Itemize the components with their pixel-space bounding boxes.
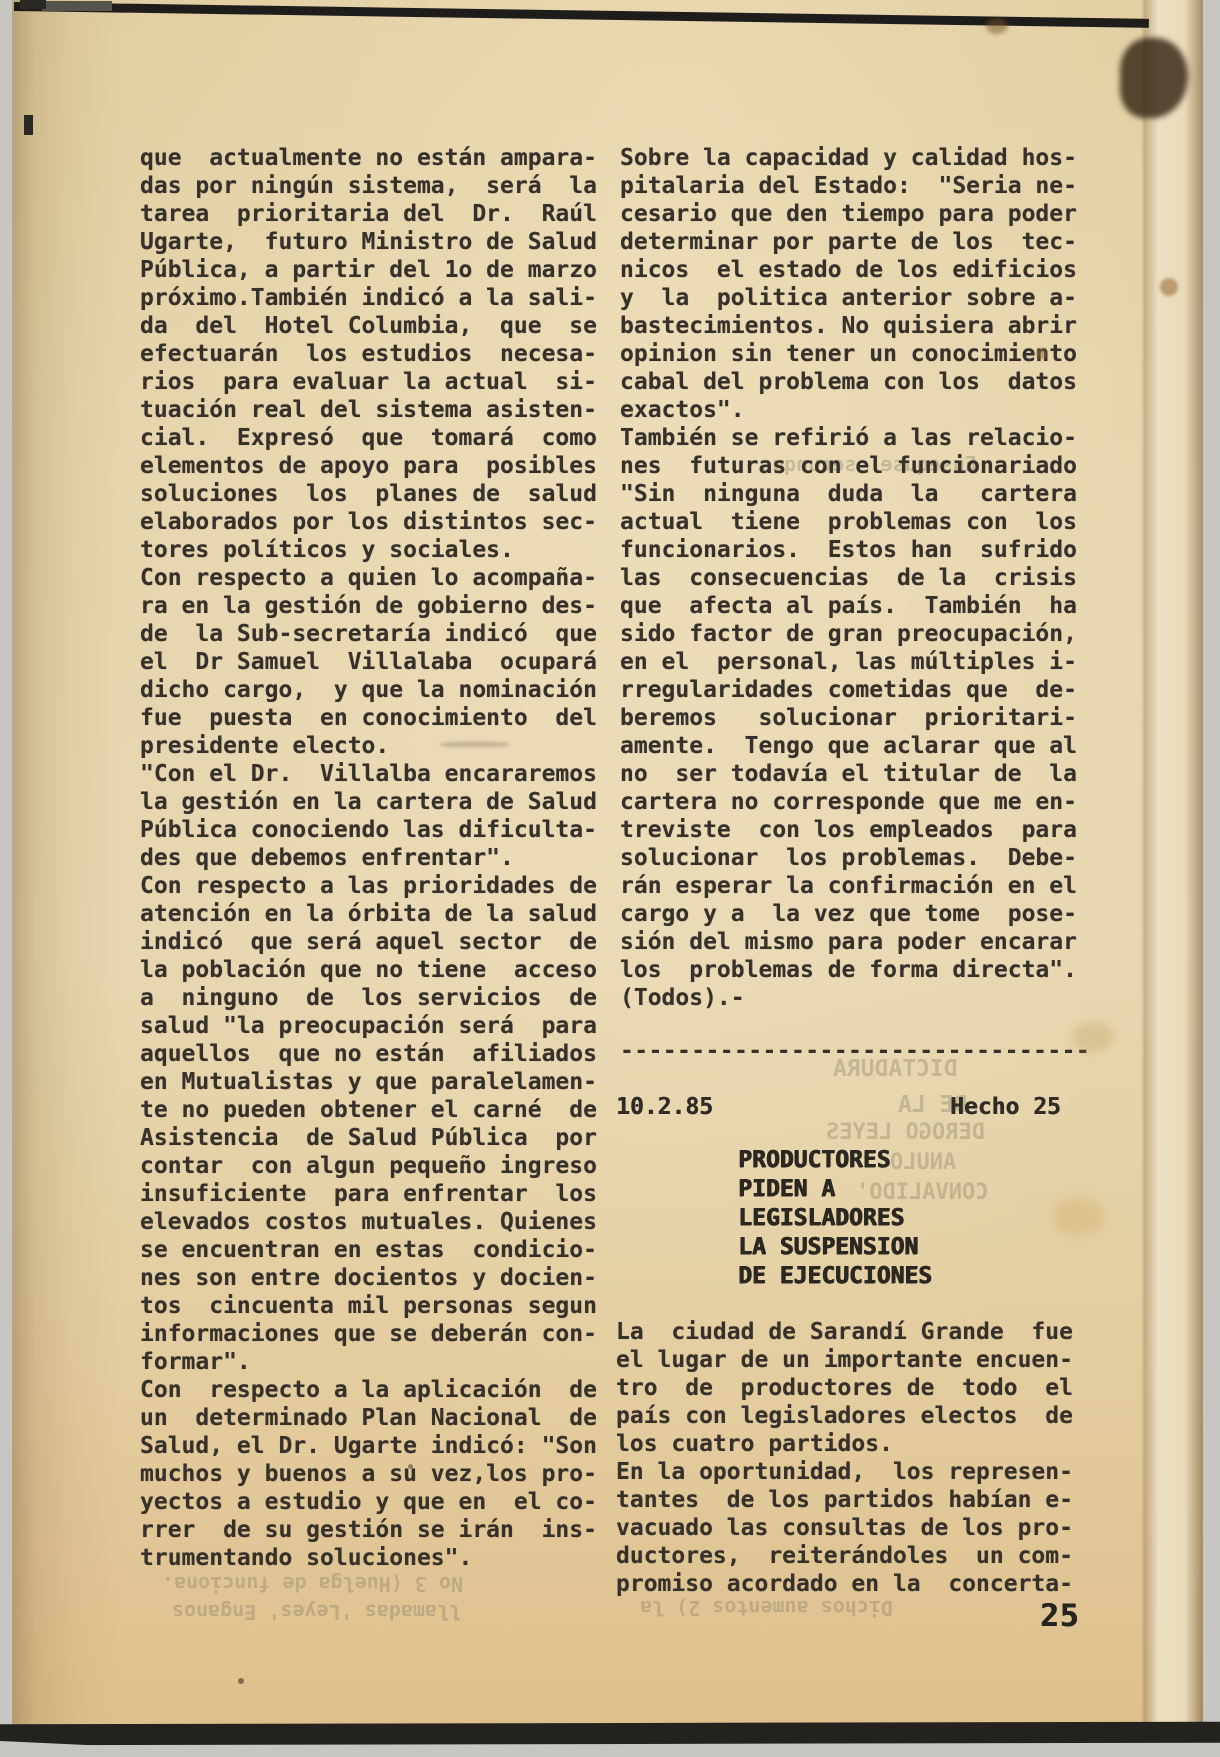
paper-stain [1072,1022,1114,1052]
scanned-newspaper-page: DICTADURADE LADEROGO LEYESANULOCONVALIDO… [0,0,1220,1757]
edge-mark [20,0,46,9]
bleedthrough-text: DEROGO LEYES [826,1120,985,1145]
edge-mark [24,115,33,135]
article-source-label: Hecho 25 [950,1094,1061,1120]
page-left-fold-shadow [12,0,122,1725]
bleedthrough-text: Dichos aumentos 2) la [640,1596,893,1620]
page-right-edge [1141,0,1203,1725]
pencil-smudge [440,742,510,747]
paper-stain [1036,348,1047,359]
bleedthrough-text: No 3 (Huelga de funciona. [162,1572,463,1596]
paper-stain [1052,1198,1104,1236]
scan-edge-top-shadow [42,1,112,11]
article-column-right: Sobre la capacidad y calidad hos-pitalar… [620,144,1090,1012]
dashed-separator: --------------------------------- [620,1038,1090,1064]
article-column-left: que actualmente no están ampara-das por … [140,144,610,1572]
page-number: 25 [1040,1598,1079,1634]
scan-edge-bottom-band [0,1722,1220,1746]
article-headline: PRODUCTORESPIDEN ALEGISLADORESLA SUSPENS… [738,1146,932,1291]
article-date: 10.2.85 [616,1094,713,1120]
paper-speck [408,1464,413,1469]
bleedthrough-text: llamadas 'Leyes' Enganos [172,1600,461,1624]
paper-stain [986,18,1008,34]
paper-stain [1160,278,1178,296]
article-body: La ciudad de Sarandí Grande fueel lugar … [616,1318,1096,1598]
paper-speck [238,1678,244,1684]
